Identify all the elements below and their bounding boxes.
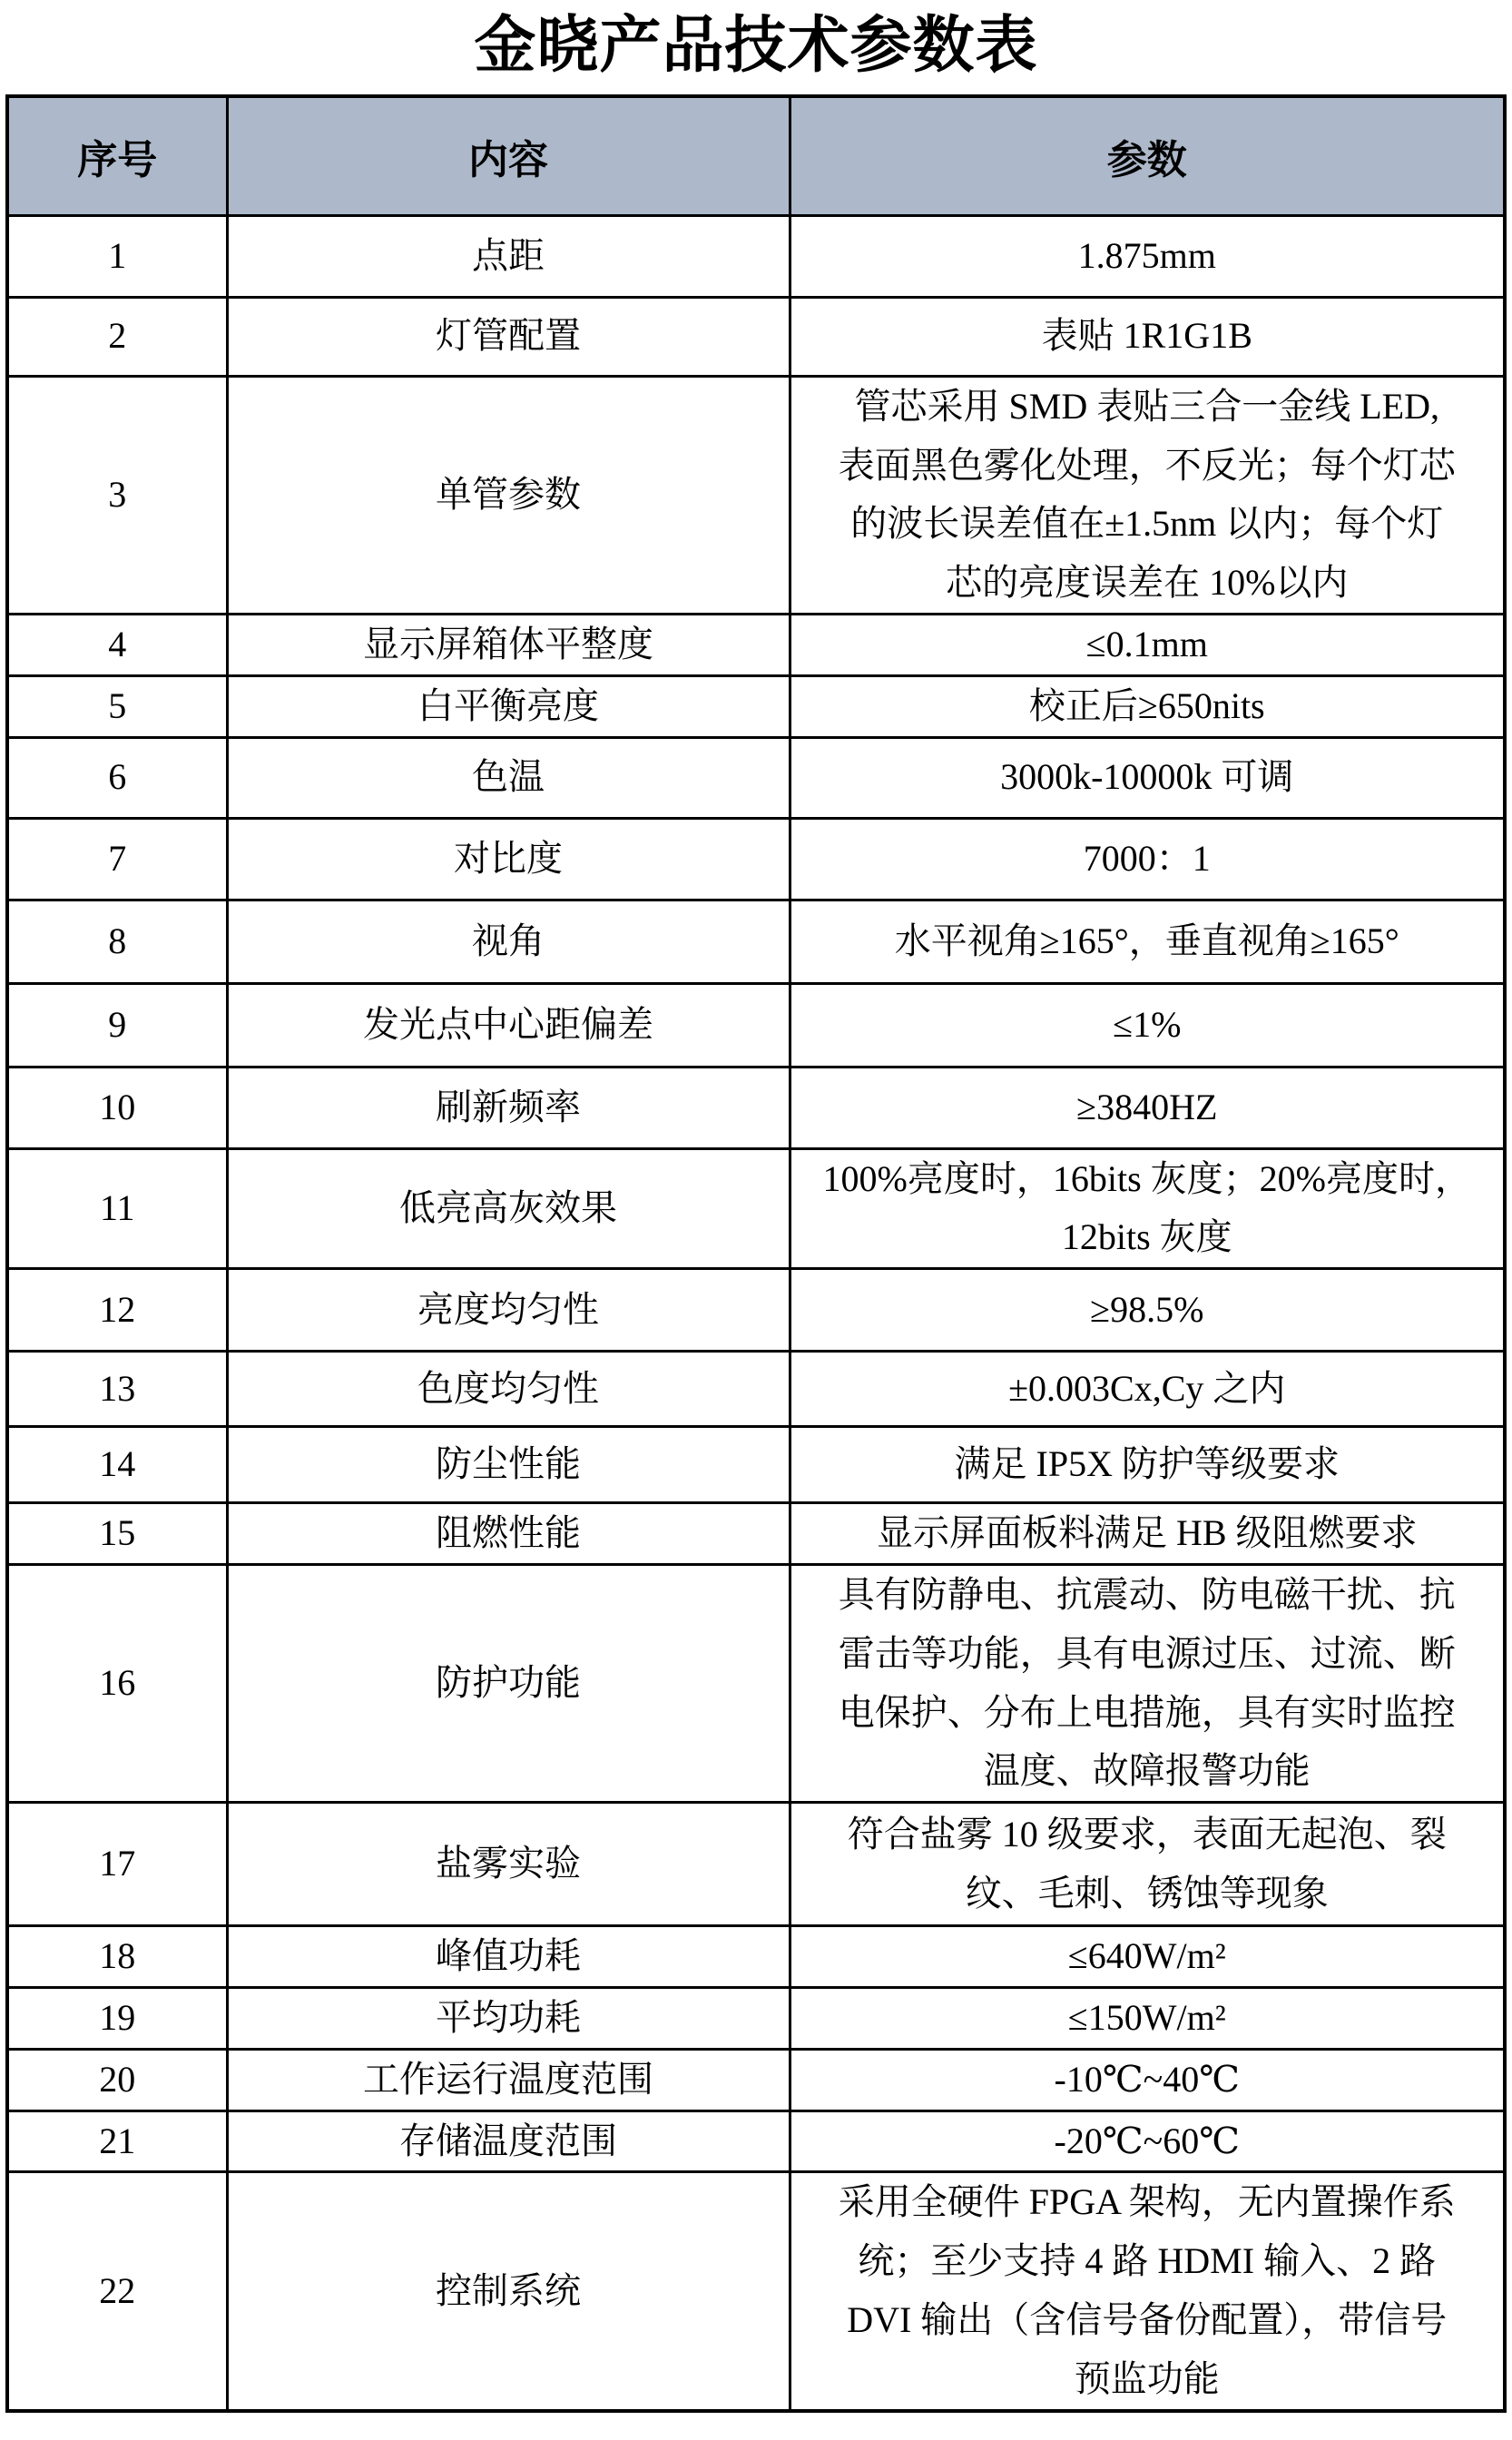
table-row: 12亮度均匀性≥98.5%: [7, 1269, 1505, 1352]
serial-cell: 10: [7, 1067, 227, 1148]
serial-cell: 20: [7, 2049, 227, 2110]
param-cell: 显示屏面板料满足 HB 级阻燃要求: [790, 1503, 1505, 1565]
param-cell: 100%亮度时，16bits 灰度；20%亮度时， 12bits 灰度: [790, 1148, 1505, 1269]
serial-cell: 7: [7, 818, 227, 900]
content-cell: 控制系统: [227, 2172, 790, 2411]
table-row: 14防尘性能满足 IP5X 防护等级要求: [7, 1427, 1505, 1503]
param-cell: ≥3840HZ: [790, 1067, 1505, 1148]
serial-cell: 11: [7, 1148, 227, 1269]
param-cell: -20℃~60℃: [790, 2110, 1505, 2172]
param-cell: 满足 IP5X 防护等级要求: [790, 1427, 1505, 1503]
content-cell: 白平衡亮度: [227, 675, 790, 737]
content-cell: 存储温度范围: [227, 2110, 790, 2172]
content-cell: 工作运行温度范围: [227, 2049, 790, 2110]
table-row: 17盐雾实验符合盐雾 10 级要求，表面无起泡、裂 纹、毛刺、锈蚀等现象: [7, 1803, 1505, 1926]
content-cell: 点距: [227, 215, 790, 297]
serial-cell: 2: [7, 297, 227, 376]
table-row: 1点距1.875mm: [7, 215, 1505, 297]
serial-cell: 4: [7, 615, 227, 676]
table-row: 7对比度7000：1: [7, 818, 1505, 900]
table-row: 9发光点中心距偏差≤1%: [7, 983, 1505, 1067]
table-row: 11低亮高灰效果100%亮度时，16bits 灰度；20%亮度时， 12bits…: [7, 1148, 1505, 1269]
content-cell: 盐雾实验: [227, 1803, 790, 1926]
content-cell: 阻燃性能: [227, 1503, 790, 1565]
table-row: 2灯管配置表贴 1R1G1B: [7, 297, 1505, 376]
param-cell: ≤1%: [790, 983, 1505, 1067]
header-cell-serial: 序号: [7, 96, 227, 215]
serial-cell: 3: [7, 376, 227, 614]
serial-cell: 12: [7, 1269, 227, 1352]
serial-cell: 6: [7, 737, 227, 818]
params-table: 序号 内容 参数 1点距1.875mm2灯管配置表贴 1R1G1B3单管参数管芯…: [5, 94, 1507, 2412]
table-row: 4显示屏箱体平整度≤0.1mm: [7, 615, 1505, 676]
serial-cell: 13: [7, 1352, 227, 1427]
serial-cell: 8: [7, 900, 227, 983]
table-row: 19平均功耗≤150W/m²: [7, 1988, 1505, 2050]
table-row: 15阻燃性能显示屏面板料满足 HB 级阻燃要求: [7, 1503, 1505, 1565]
serial-cell: 1: [7, 215, 227, 297]
content-cell: 色度均匀性: [227, 1352, 790, 1427]
serial-cell: 14: [7, 1427, 227, 1503]
serial-cell: 15: [7, 1503, 227, 1565]
content-cell: 防尘性能: [227, 1427, 790, 1503]
content-cell: 视角: [227, 900, 790, 983]
table-header-row: 序号 内容 参数: [7, 96, 1505, 215]
serial-cell: 21: [7, 2110, 227, 2172]
param-cell: -10℃~40℃: [790, 2049, 1505, 2110]
header-cell-content: 内容: [227, 96, 790, 215]
table-row: 21存储温度范围-20℃~60℃: [7, 2110, 1505, 2172]
content-cell: 色温: [227, 737, 790, 818]
serial-cell: 18: [7, 1926, 227, 1988]
table-row: 3单管参数管芯采用 SMD 表贴三合一金线 LED, 表面黑色雾化处理，不反光；…: [7, 376, 1505, 614]
content-cell: 亮度均匀性: [227, 1269, 790, 1352]
serial-cell: 22: [7, 2172, 227, 2411]
param-cell: 3000k-10000k 可调: [790, 737, 1505, 818]
serial-cell: 17: [7, 1803, 227, 1926]
content-cell: 对比度: [227, 818, 790, 900]
table-row: 13色度均匀性±0.003Cx,Cy 之内: [7, 1352, 1505, 1427]
param-cell: 水平视角≥165°，垂直视角≥165°: [790, 900, 1505, 983]
param-cell: ±0.003Cx,Cy 之内: [790, 1352, 1505, 1427]
content-cell: 单管参数: [227, 376, 790, 614]
table-row: 5白平衡亮度校正后≥650nits: [7, 675, 1505, 737]
header-cell-param: 参数: [790, 96, 1505, 215]
table-body: 1点距1.875mm2灯管配置表贴 1R1G1B3单管参数管芯采用 SMD 表贴…: [7, 215, 1505, 2410]
table-row: 20工作运行温度范围-10℃~40℃: [7, 2049, 1505, 2110]
table-row: 6色温3000k-10000k 可调: [7, 737, 1505, 818]
table-row: 18峰值功耗≤640W/m²: [7, 1926, 1505, 1988]
content-cell: 显示屏箱体平整度: [227, 615, 790, 676]
content-cell: 灯管配置: [227, 297, 790, 376]
serial-cell: 19: [7, 1988, 227, 2050]
param-cell: 1.875mm: [790, 215, 1505, 297]
param-cell: ≤640W/m²: [790, 1926, 1505, 1988]
table-row: 10刷新频率≥3840HZ: [7, 1067, 1505, 1148]
page: { "title": "金晓产品技术参数表", "table": { "head…: [0, 0, 1512, 2440]
param-cell: ≥98.5%: [790, 1269, 1505, 1352]
serial-cell: 9: [7, 983, 227, 1067]
content-cell: 发光点中心距偏差: [227, 983, 790, 1067]
param-cell: 具有防静电、抗震动、防电磁干扰、抗 雷击等功能，具有电源过压、过流、断 电保护、…: [790, 1565, 1505, 1803]
param-cell: ≤0.1mm: [790, 615, 1505, 676]
content-cell: 平均功耗: [227, 1988, 790, 2050]
content-cell: 峰值功耗: [227, 1926, 790, 1988]
table-row: 8视角水平视角≥165°，垂直视角≥165°: [7, 900, 1505, 983]
param-cell: 采用全硬件 FPGA 架构，无内置操作系 统；至少支持 4 路 HDMI 输入、…: [790, 2172, 1505, 2411]
param-cell: 7000：1: [790, 818, 1505, 900]
serial-cell: 16: [7, 1565, 227, 1803]
serial-cell: 5: [7, 675, 227, 737]
param-cell: 符合盐雾 10 级要求，表面无起泡、裂 纹、毛刺、锈蚀等现象: [790, 1803, 1505, 1926]
param-cell: ≤150W/m²: [790, 1988, 1505, 2050]
table-row: 22控制系统采用全硬件 FPGA 架构，无内置操作系 统；至少支持 4 路 HD…: [7, 2172, 1505, 2411]
content-cell: 防护功能: [227, 1565, 790, 1803]
param-cell: 管芯采用 SMD 表贴三合一金线 LED, 表面黑色雾化处理，不反光；每个灯芯 …: [790, 376, 1505, 614]
param-cell: 表贴 1R1G1B: [790, 297, 1505, 376]
content-cell: 刷新频率: [227, 1067, 790, 1148]
param-cell: 校正后≥650nits: [790, 675, 1505, 737]
page-title: 金晓产品技术参数表: [0, 5, 1512, 85]
table-row: 16防护功能具有防静电、抗震动、防电磁干扰、抗 雷击等功能，具有电源过压、过流、…: [7, 1565, 1505, 1803]
content-cell: 低亮高灰效果: [227, 1148, 790, 1269]
